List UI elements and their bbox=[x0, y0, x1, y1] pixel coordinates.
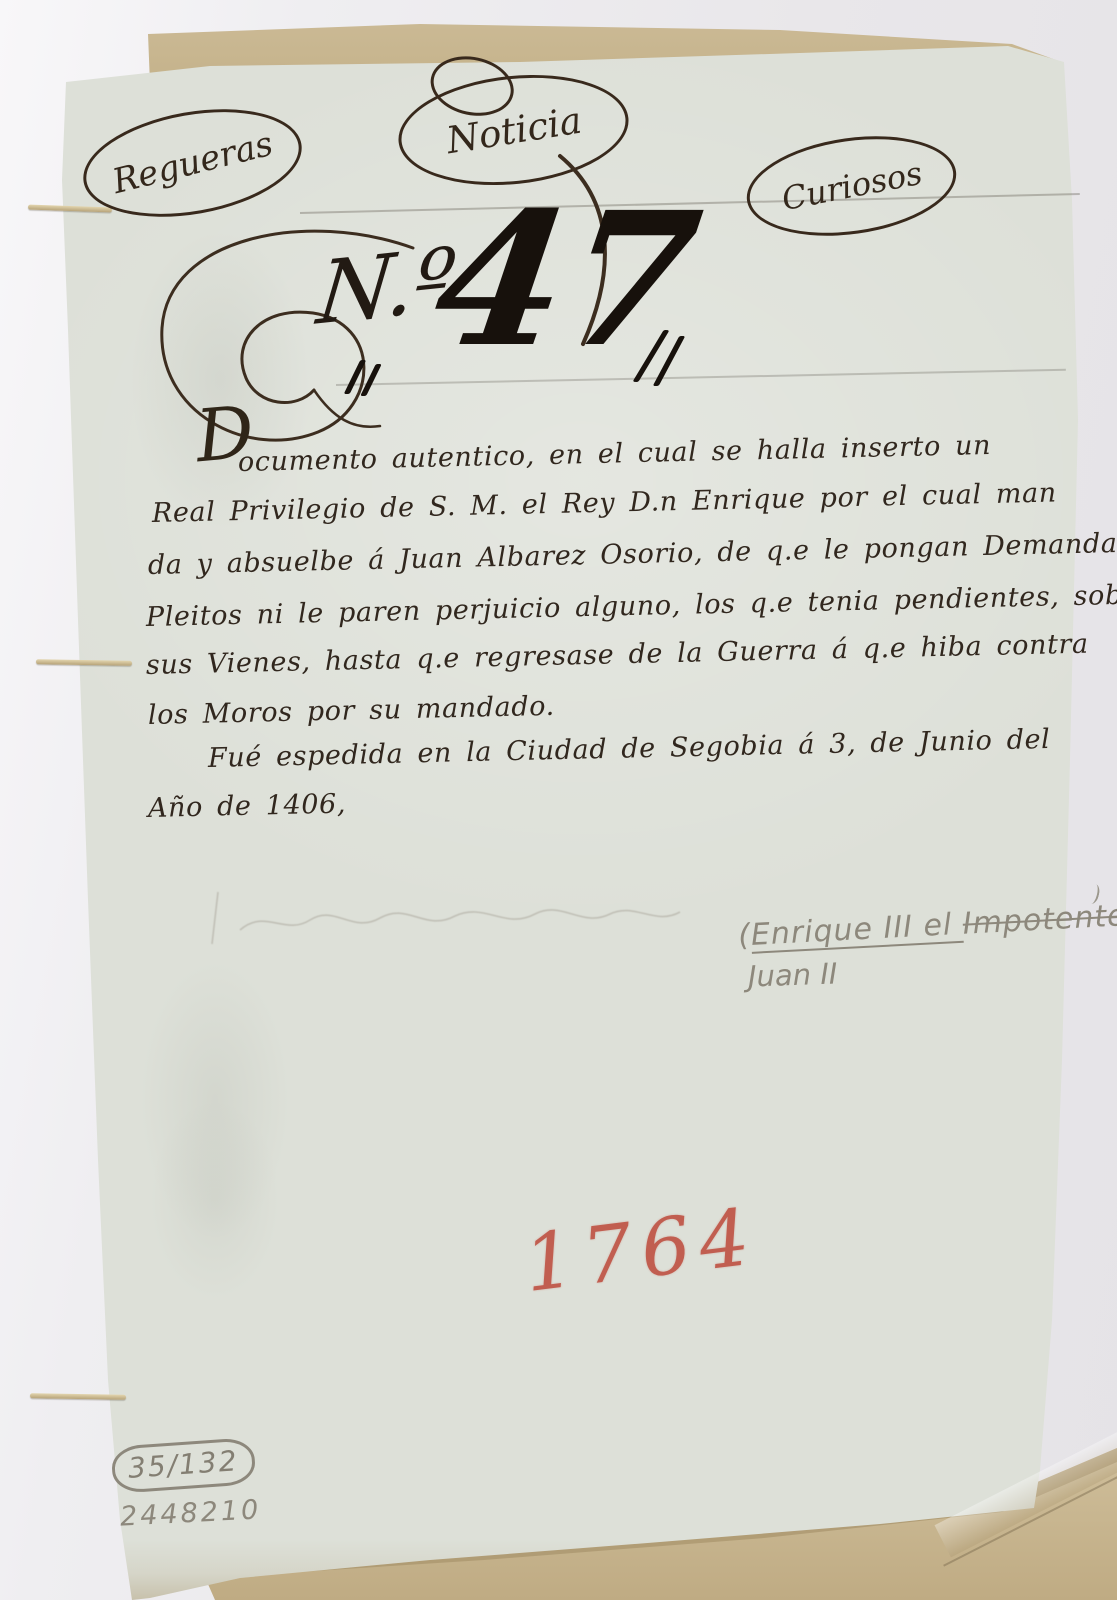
body-line: Año de 1406, bbox=[148, 788, 347, 826]
scanned-manuscript-photo: Regueras Noticia Curiosos N.º 47 D ocume… bbox=[0, 0, 1117, 1600]
binding-thread bbox=[30, 1393, 126, 1400]
struck-word: Impotente bbox=[962, 898, 1117, 942]
stamp-label-regueras: Regueras bbox=[108, 124, 276, 202]
faint-pencil-scribble bbox=[210, 890, 710, 950]
document-number-value: 47 bbox=[425, 188, 711, 372]
catalog-circled-value: 35/132 bbox=[127, 1444, 240, 1485]
ink-showthrough-stain bbox=[150, 1100, 280, 1300]
stamp-label-curiosos: Curiosos bbox=[778, 154, 925, 218]
binding-thread bbox=[36, 659, 132, 666]
pencil-annotation-juan: Juan II bbox=[747, 956, 838, 993]
